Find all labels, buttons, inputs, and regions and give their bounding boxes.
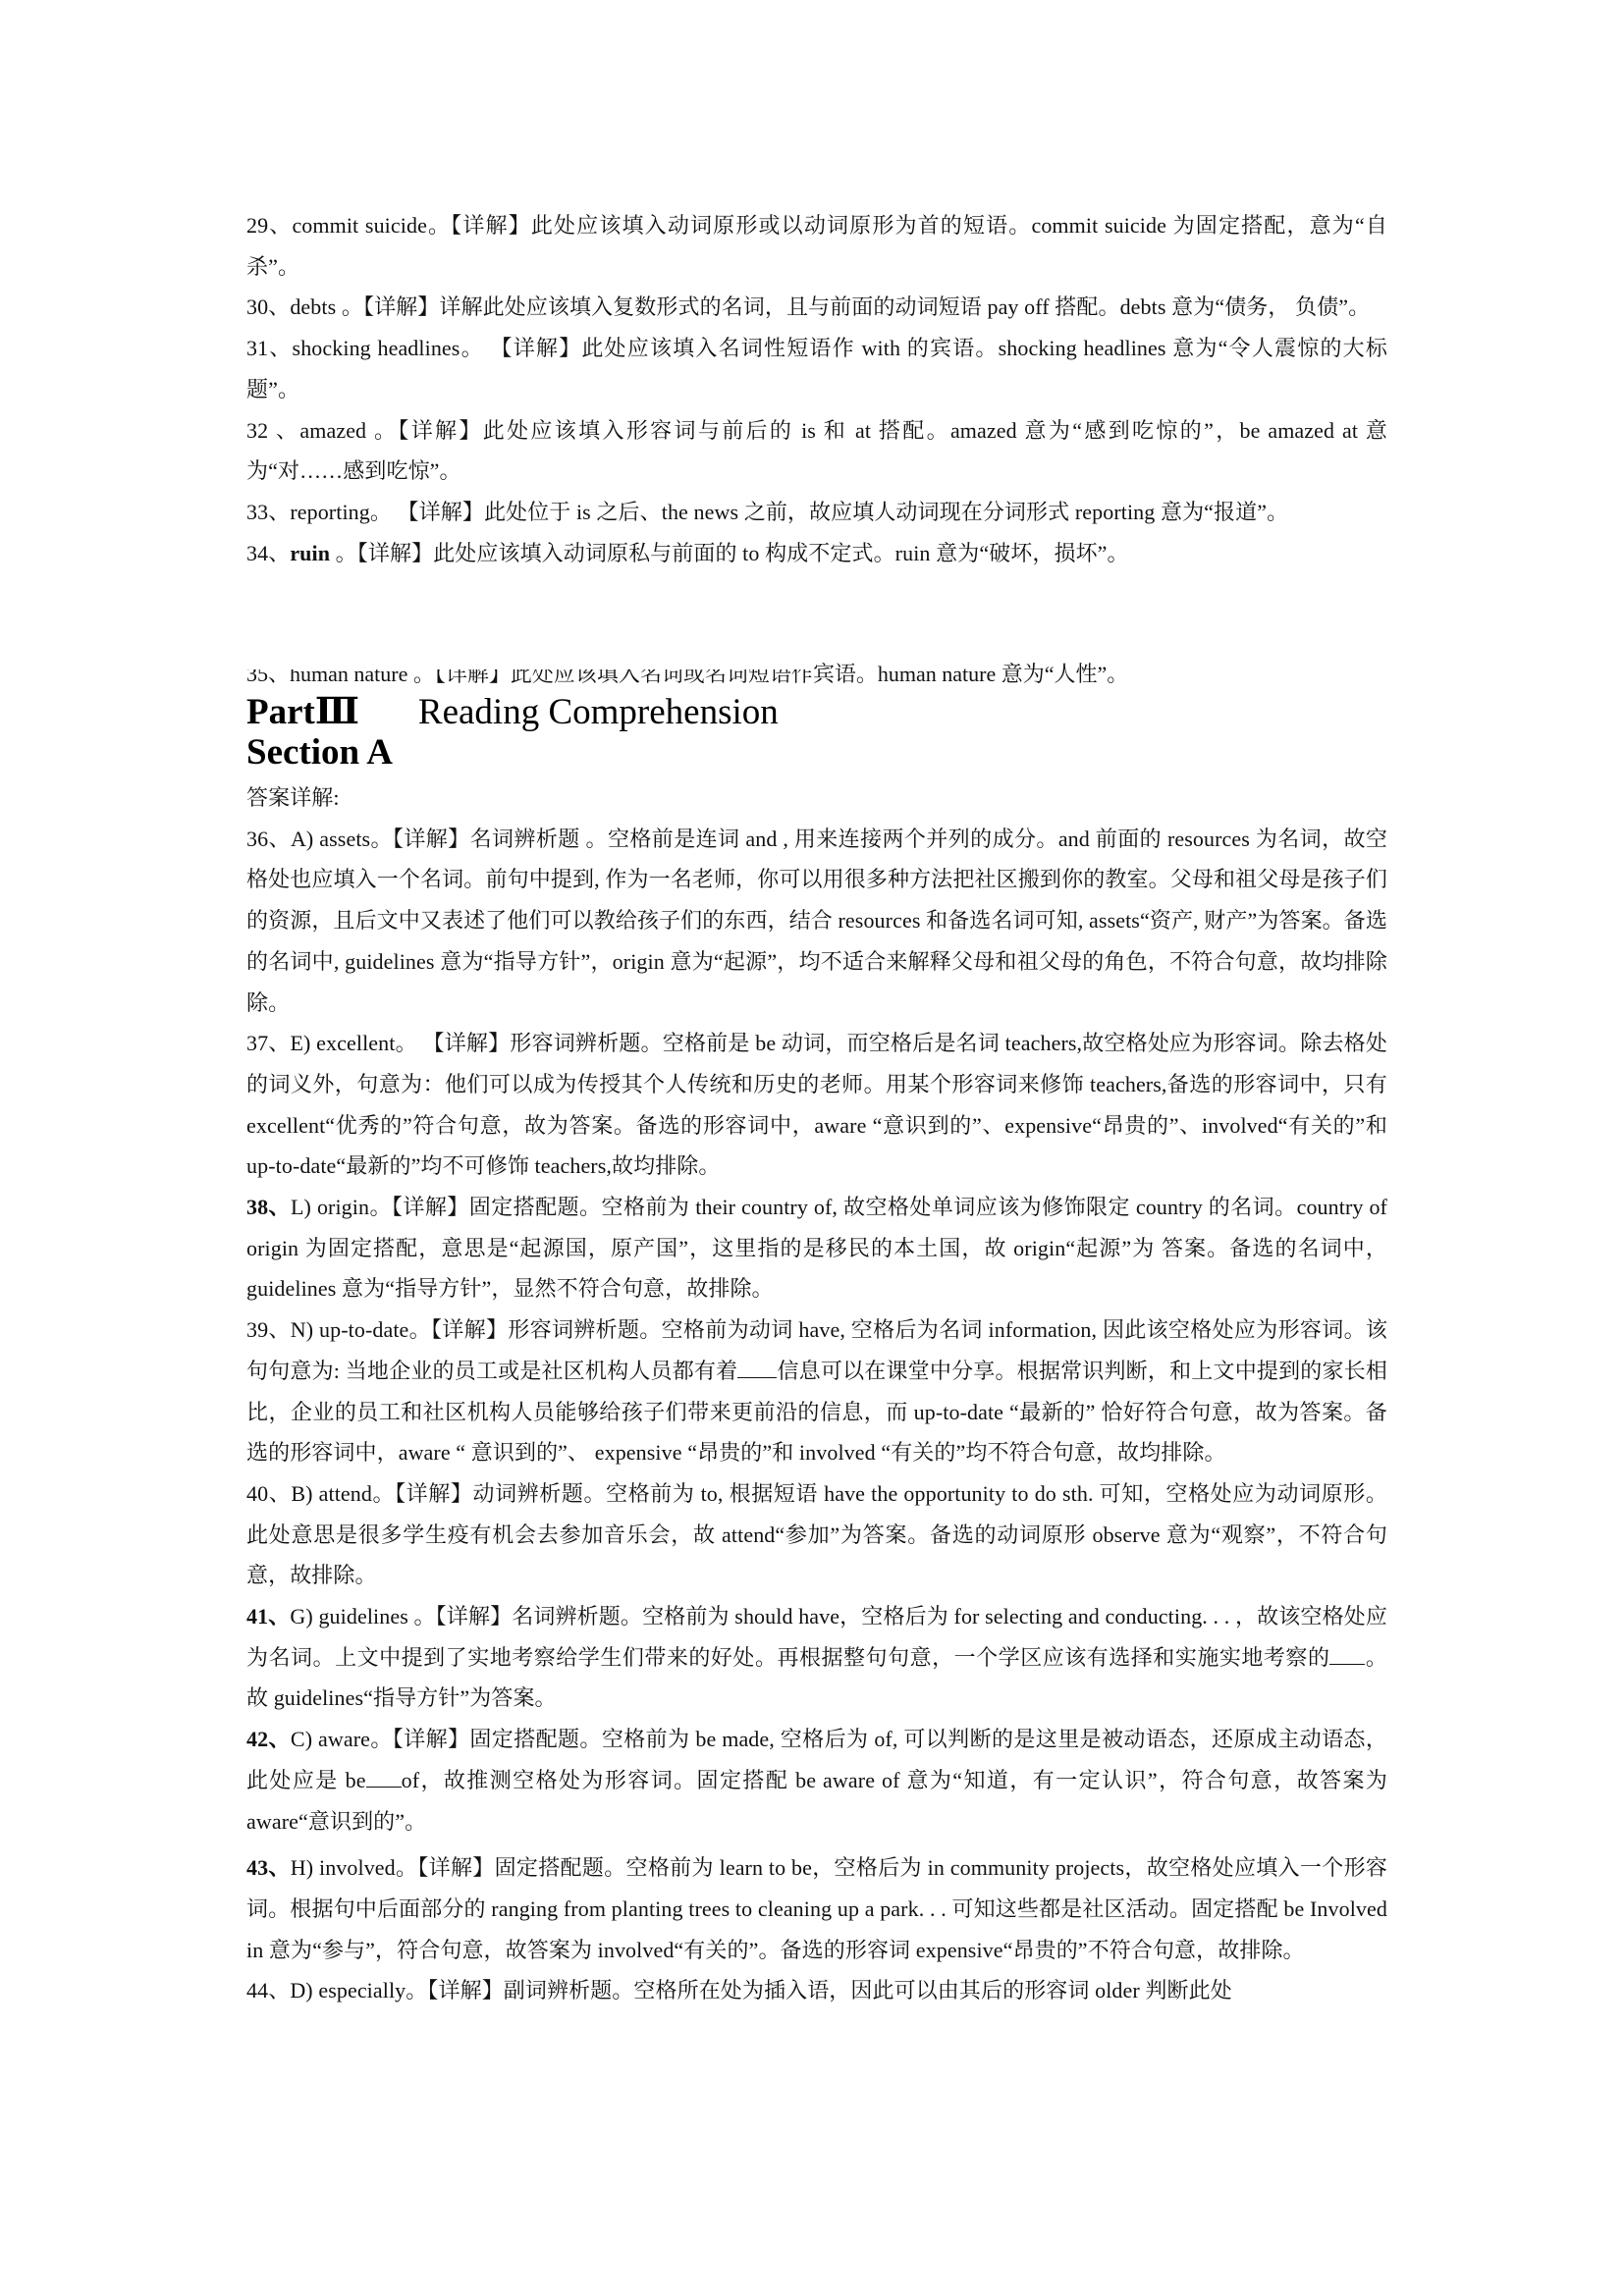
item-number: 39、 — [246, 1317, 291, 1342]
clipped-text: 35、human nature 。【详解】此处应该填入名词或名词短语作 — [246, 659, 813, 684]
item-number: 41、 — [246, 1604, 290, 1629]
item-number: 29、 — [246, 213, 292, 238]
item-answer: L) origin — [291, 1195, 369, 1219]
item-explanation: 宾语。human nature 意为“人性”。 — [813, 662, 1128, 684]
item-explanation: 。【详解】副词辨析题。空格所在处为插入语，因此可以由其后的形容词 older 判… — [406, 1978, 1232, 2002]
answer-item-37: 37、E) excellent。 【详解】形容词辨析题。空格前是 be 动词，而… — [246, 1023, 1387, 1187]
part-title: Reading Comprehension — [418, 692, 779, 732]
item-answer: E) excellent — [291, 1031, 396, 1055]
item-number: 34、 — [246, 541, 290, 565]
item-answer: H) involved — [291, 1855, 396, 1880]
item-answer: N) up-to-date — [291, 1317, 409, 1342]
item-answer: B) attend — [291, 1481, 372, 1506]
answer-item-38: 38、L) origin。【详解】固定搭配题。空格前为 their countr… — [246, 1187, 1387, 1309]
item-number: 37、 — [246, 1031, 291, 1055]
part-heading: PartⅢReading Comprehension — [246, 692, 779, 733]
section-heading: Section A — [246, 732, 393, 774]
item-answer: C) aware — [291, 1727, 370, 1751]
item-number: 30、 — [246, 294, 290, 319]
reading-answers-block: 答案详解: 36、A) assets。【详解】名词辨析题 。空格前是连词 and… — [246, 777, 1387, 2011]
document-page: 29、commit suicide。【详解】此处应该填入动词原形或以动词原形为首… — [0, 0, 1624, 2296]
part-label: PartⅢ — [246, 692, 359, 732]
answer-item-31: 31、shocking headlines。 【详解】此处应该填入名词性短语作 … — [246, 328, 1387, 409]
item-number: 42、 — [246, 1727, 291, 1751]
item-explanation-cont: of，故推测空格处为形容词。固定搭配 be aware of 意为“知道，有一定… — [246, 1768, 1387, 1834]
item-explanation: 。【详解】固定搭配题。空格前为 their country of, 故空格处单词… — [246, 1195, 1387, 1301]
item-number: 44、 — [246, 1978, 290, 2002]
item-number: 40、 — [246, 1481, 291, 1506]
item-answer: commit suicide — [292, 213, 427, 238]
item-answer: A) assets — [291, 827, 370, 851]
item-number: 38、 — [246, 1195, 291, 1219]
item-explanation: 。【详解】名词辨析题 。空格前是连词 and , 用来连接两个并列的成分。and… — [246, 827, 1387, 1015]
item-explanation: 。【详解】固定搭配题。空格前为 learn to be，空格后为 in comm… — [246, 1855, 1387, 1961]
item-answer: shocking headlines — [293, 336, 460, 360]
fill-blank — [1329, 1646, 1365, 1665]
answer-item-43: 43、H) involved。【详解】固定搭配题。空格前为 learn to b… — [246, 1847, 1387, 1970]
item-explanation: 。【详解】详解此处应该填入复数形式的名词，且与前面的动词短语 pay off 搭… — [336, 294, 1370, 319]
answer-item-39: 39、N) up-to-date。【详解】形容词辨析题。空格前为动词 have,… — [246, 1309, 1387, 1473]
item-explanation: 。【详解】动词辨析题。空格前为 to, 根据短语 have the opport… — [246, 1481, 1387, 1587]
item-number: 32 、 — [246, 418, 299, 443]
answers-intro: 答案详解: — [246, 777, 1387, 819]
fill-blank — [737, 1360, 777, 1378]
answer-item-44: 44、D) especially。【详解】副词辨析题。空格所在处为插入语，因此可… — [246, 1970, 1387, 2011]
cloze-answers-block: 29、commit suicide。【详解】此处应该填入动词原形或以动词原形为首… — [246, 205, 1387, 573]
item-answer: reporting — [290, 500, 370, 524]
fill-blank — [366, 1769, 402, 1788]
answer-item-32: 32 、amazed 。【详解】此处应该填入形容词与前后的 is 和 at 搭配… — [246, 410, 1387, 492]
item-number: 31、 — [246, 336, 293, 360]
answer-item-34: 34、ruin 。【详解】此处应该填入动词原私与前面的 to 构成不定式。rui… — [246, 533, 1387, 574]
answer-item-33: 33、reporting。 【详解】此处位于 is 之后、the news 之前… — [246, 492, 1387, 533]
item-explanation: 。【详解】名词辨析题。空格前为 should have，空格后为 for sel… — [246, 1604, 1387, 1670]
item-answer: G) guidelines — [290, 1604, 407, 1629]
item-explanation: 。【详解】此处应该填入动词原私与前面的 to 构成不定式。ruin 意为“破坏，… — [330, 541, 1129, 565]
answer-item-41: 41、G) guidelines 。【详解】名词辨析题。空格前为 should … — [246, 1596, 1387, 1719]
answer-item-29: 29、commit suicide。【详解】此处应该填入动词原形或以动词原形为首… — [246, 205, 1387, 287]
item-explanation: 。 【详解】形容词辨析题。空格前是 be 动词，而空格后是名词 teachers… — [246, 1031, 1387, 1178]
item-explanation: 。【详解】此处应该填入形容词与前后的 is 和 at 搭配。amazed 意为“… — [246, 418, 1387, 484]
answer-item-36: 36、A) assets。【详解】名词辨析题 。空格前是连词 and , 用来连… — [246, 819, 1387, 1024]
item-answer: D) especially — [290, 1978, 406, 2002]
item-answer: amazed — [299, 418, 366, 443]
answer-item-30: 30、debts 。【详解】详解此处应该填入复数形式的名词，且与前面的动词短语 … — [246, 287, 1387, 328]
item-number: 43、 — [246, 1855, 291, 1880]
item-explanation: 。 【详解】此处位于 is 之后、the news 之前，故应填人动词现在分词形… — [370, 500, 1288, 524]
answer-item-40: 40、B) attend。【详解】动词辨析题。空格前为 to, 根据短语 hav… — [246, 1473, 1387, 1596]
answer-item-35-clipped: 35、human nature 。【详解】此处应该填入名词或名词短语作宾语。hu… — [246, 659, 1387, 684]
answer-item-42: 42、C) aware。【详解】固定搭配题。空格前为 be made, 空格后为… — [246, 1719, 1387, 1842]
item-answer: ruin — [290, 541, 330, 565]
item-answer: debts — [290, 294, 336, 319]
item-number: 36、 — [246, 827, 291, 851]
item-number: 33、 — [246, 500, 290, 524]
